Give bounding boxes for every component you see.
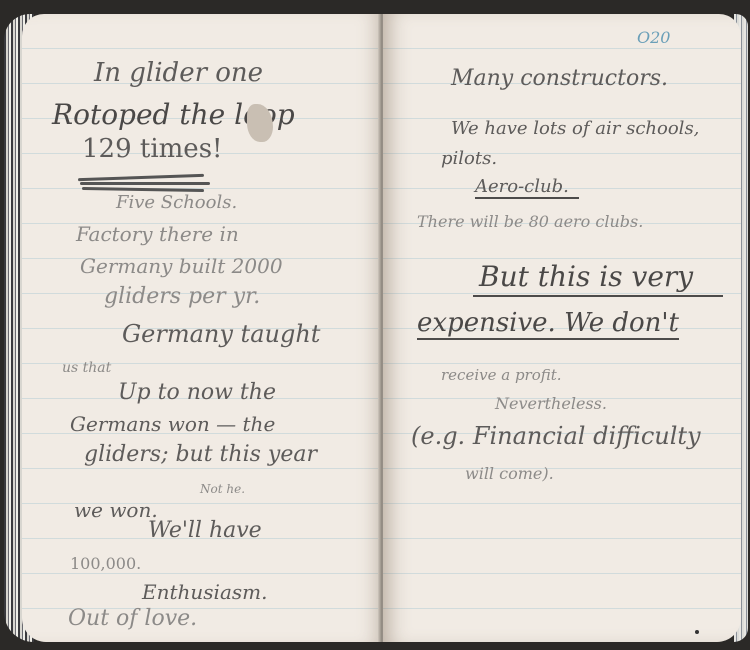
handwriting-line: Many constructors. [451, 66, 668, 91]
handwriting-line: (e.g. Financial difficulty [411, 422, 701, 450]
handwriting-line: us that [62, 360, 111, 376]
handwriting-line: We'll have [148, 518, 262, 543]
handwriting-line: Up to now the [118, 380, 276, 405]
handwriting-line: gliders; but this year [84, 442, 317, 467]
handwriting-line: Germany taught [122, 320, 320, 348]
handwriting-line: 129 times! [82, 134, 223, 164]
handwriting-line: 100,000. [70, 554, 141, 573]
handwriting-line: expensive. We don't [417, 308, 679, 340]
handwriting-line: Enthusiasm. [142, 580, 267, 604]
handwriting-line: receive a profit. [441, 366, 562, 384]
handwriting-line: Not he. [200, 482, 245, 496]
handwriting-line: Factory there in [76, 222, 239, 246]
handwriting-line: gliders per yr. [104, 284, 260, 309]
handwriting-line: But this is very [473, 260, 723, 297]
handwriting-line: pilots. [441, 148, 497, 169]
scribble-underline [78, 174, 204, 181]
handwriting-line: In glider one [94, 58, 263, 88]
handwriting-line: Out of love. [68, 606, 197, 631]
ink-dot [695, 630, 699, 634]
handwriting-line: we won. [74, 498, 158, 522]
handwriting-line: Five Schools. [116, 192, 237, 213]
handwriting-line: Nevertheless. [495, 394, 607, 413]
right-page: O20 Many constructors. We have lots of a… [383, 14, 741, 642]
handwriting-line: Aero-club. [475, 176, 579, 199]
left-page: In glider one Rotoped the loop 129 times… [22, 14, 380, 642]
scribble-underline [80, 182, 210, 185]
handwriting-line: Germany built 2000 [80, 254, 283, 278]
handwriting-line: We have lots of air schools, [451, 118, 699, 139]
page-number-mark: O20 [637, 28, 670, 47]
handwriting-line: Germans won — the [70, 412, 275, 436]
handwriting-line: will come). [465, 464, 554, 483]
handwriting-line: There will be 80 aero clubs. [417, 212, 643, 231]
